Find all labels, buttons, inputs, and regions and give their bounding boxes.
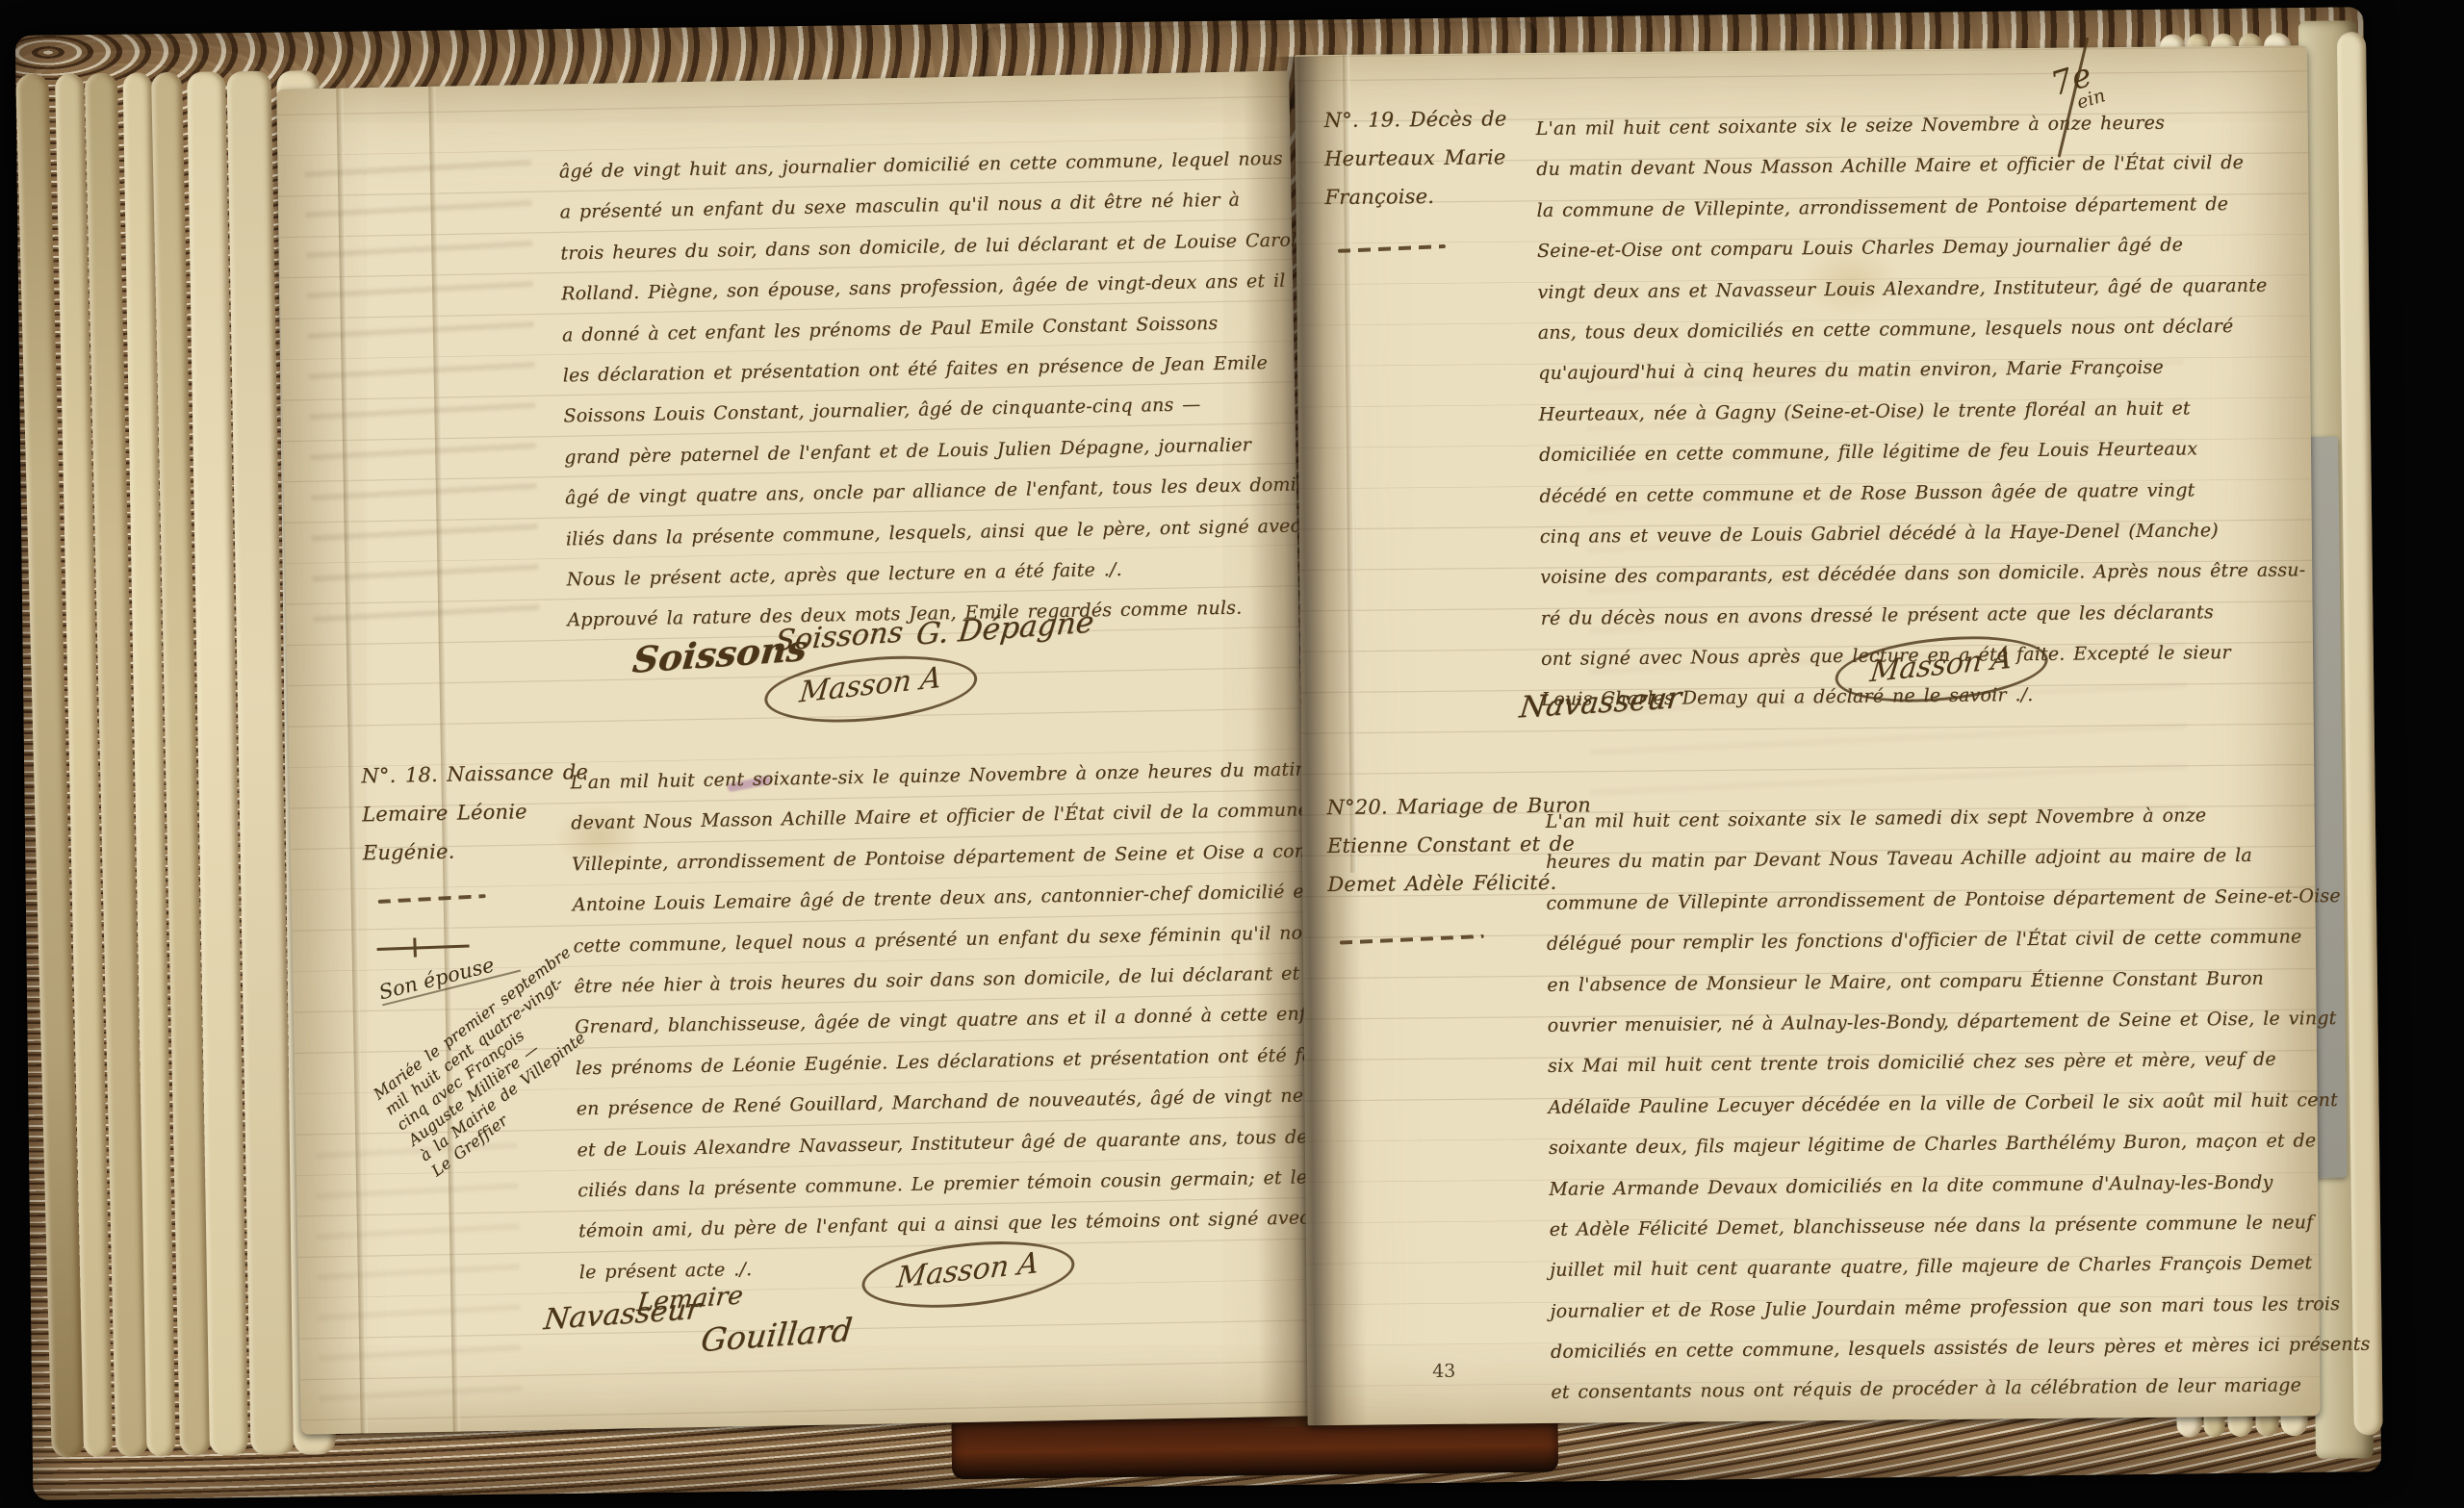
handwritten-line: Eugénie. bbox=[362, 830, 570, 872]
act-20-margin-label: N°20. Mariage de BuronEtienne Constant e… bbox=[1326, 786, 1549, 904]
right-page: 7e ein N°. 19. Décès deHeurteaux MarieFr… bbox=[1295, 45, 2321, 1425]
handwritten-line: ouvrier menuisier, né à Aulnay-les-Bondy… bbox=[1547, 998, 2307, 1046]
handwritten-line: en l'absence de Monsieur le Maire, ont c… bbox=[1547, 958, 2307, 1006]
scanner-background: âgé de vingt huit ans, journalier domici… bbox=[0, 0, 2464, 1508]
left-page: âgé de vingt huit ans, journalier domici… bbox=[276, 71, 1313, 1435]
handwritten-line: domiciliée en cette commune, fille légit… bbox=[1539, 428, 2290, 476]
handwritten-line: L'an mil huit cent soixante six le seize… bbox=[1536, 101, 2287, 149]
handwritten-line: Marie Armande Devaux domiciliés en la di… bbox=[1549, 1162, 2309, 1210]
handwritten-line: commune de Villepinte arrondissement de … bbox=[1546, 876, 2306, 924]
handwritten-line: Adélaïde Pauline Lecuyer décédée en la v… bbox=[1548, 1080, 2308, 1128]
handwritten-line: vingt deux ans et Navasseur Louis Alexan… bbox=[1537, 265, 2288, 313]
act-18-body-text: L'an mil huit cent soixante-six le quinz… bbox=[570, 749, 1311, 1292]
register-book: âgé de vingt huit ans, journalier domici… bbox=[15, 7, 2381, 1500]
handwritten-line: délégué pour remplir les fonctions d'off… bbox=[1547, 916, 2307, 964]
handwritten-line: soixante deux, fils majeur légitime de C… bbox=[1549, 1120, 2309, 1168]
handwritten-line: du matin devant Nous Masson Achille Mair… bbox=[1536, 142, 2287, 191]
handwritten-line: Etienne Constant et de bbox=[1327, 825, 1549, 865]
handwritten-line: L'an mil huit cent soixante six le samed… bbox=[1545, 794, 2305, 842]
handwritten-line: ré du décès nous en avons dressé le prés… bbox=[1540, 591, 2291, 639]
handwritten-line: ans, tous deux domiciliés en cette commu… bbox=[1538, 305, 2289, 353]
handwritten-line: six Mai mil huit cent trente trois domic… bbox=[1548, 1039, 2308, 1087]
act-20-body-text: L'an mil huit cent soixante six le samed… bbox=[1545, 794, 2311, 1413]
ink-mark bbox=[377, 945, 470, 951]
handwritten-line: décédé en cette commune et de Rose Busso… bbox=[1539, 469, 2290, 517]
handwritten-line: N°. 19. Décès de bbox=[1323, 99, 1530, 140]
act-19-margin-label: N°. 19. Décès deHeurteaux MarieFrançoise… bbox=[1323, 99, 1531, 217]
page-number: 43 bbox=[1432, 1361, 1455, 1382]
handwritten-line: et Adèle Félicité Demet, blanchisseuse n… bbox=[1550, 1202, 2310, 1250]
handwritten-line: Heurteaux, née à Gagny (Seine-et-Oise) l… bbox=[1538, 387, 2289, 435]
page-edge bbox=[2337, 32, 2383, 1435]
handwritten-line: heures du matin par Devant Nous Taveau A… bbox=[1546, 835, 2306, 883]
show-through-ghost-text bbox=[315, 1124, 522, 1417]
show-through-ghost-text bbox=[304, 142, 539, 647]
handwritten-line: N°20. Mariage de Buron bbox=[1326, 786, 1548, 827]
handwritten-line: Françoise. bbox=[1324, 176, 1531, 217]
ink-squiggle bbox=[1340, 934, 1484, 945]
ink-squiggle bbox=[378, 894, 486, 904]
act-19-body-text: L'an mil huit cent soixante six le seize… bbox=[1536, 101, 2293, 720]
handwritten-line: Heurteaux Marie bbox=[1324, 138, 1531, 178]
signature-gouillard: Gouillard bbox=[699, 1311, 854, 1359]
handwritten-line: Demet Adèle Félicité. bbox=[1327, 863, 1549, 904]
handwritten-line: juillet mil huit cent quarante quatre, f… bbox=[1550, 1243, 2310, 1291]
handwritten-line: Seine-et-Oise ont comparu Louis Charles … bbox=[1537, 224, 2288, 272]
act-18-margin-label: N°. 18. Naissance deLemaire LéonieEugéni… bbox=[361, 753, 570, 872]
handwritten-line: voisine des comparants, est décédée dans… bbox=[1540, 550, 2291, 599]
handwritten-line: cinq ans et veuve de Louis Gabriel décéd… bbox=[1540, 509, 2291, 557]
handwritten-line: journalier et de Rose Julie Jourdain mêm… bbox=[1550, 1284, 2310, 1332]
ink-squiggle bbox=[1338, 244, 1446, 253]
handwritten-line: Lemaire Léonie bbox=[362, 791, 570, 833]
handwritten-line: domiciliés en cette commune, lesquels as… bbox=[1551, 1324, 2311, 1372]
handwritten-line: N°. 18. Naissance de bbox=[361, 753, 569, 795]
handwritten-line: qu'aujourd'hui à cinq heures du matin en… bbox=[1538, 346, 2289, 395]
act-17-continuation-text: âgé de vingt huit ans, journalier domici… bbox=[558, 139, 1298, 642]
handwritten-line: et consentants nous ont réquis de procéd… bbox=[1551, 1366, 2311, 1414]
handwritten-line: la commune de Villepinte, arrondissement… bbox=[1536, 183, 2287, 231]
